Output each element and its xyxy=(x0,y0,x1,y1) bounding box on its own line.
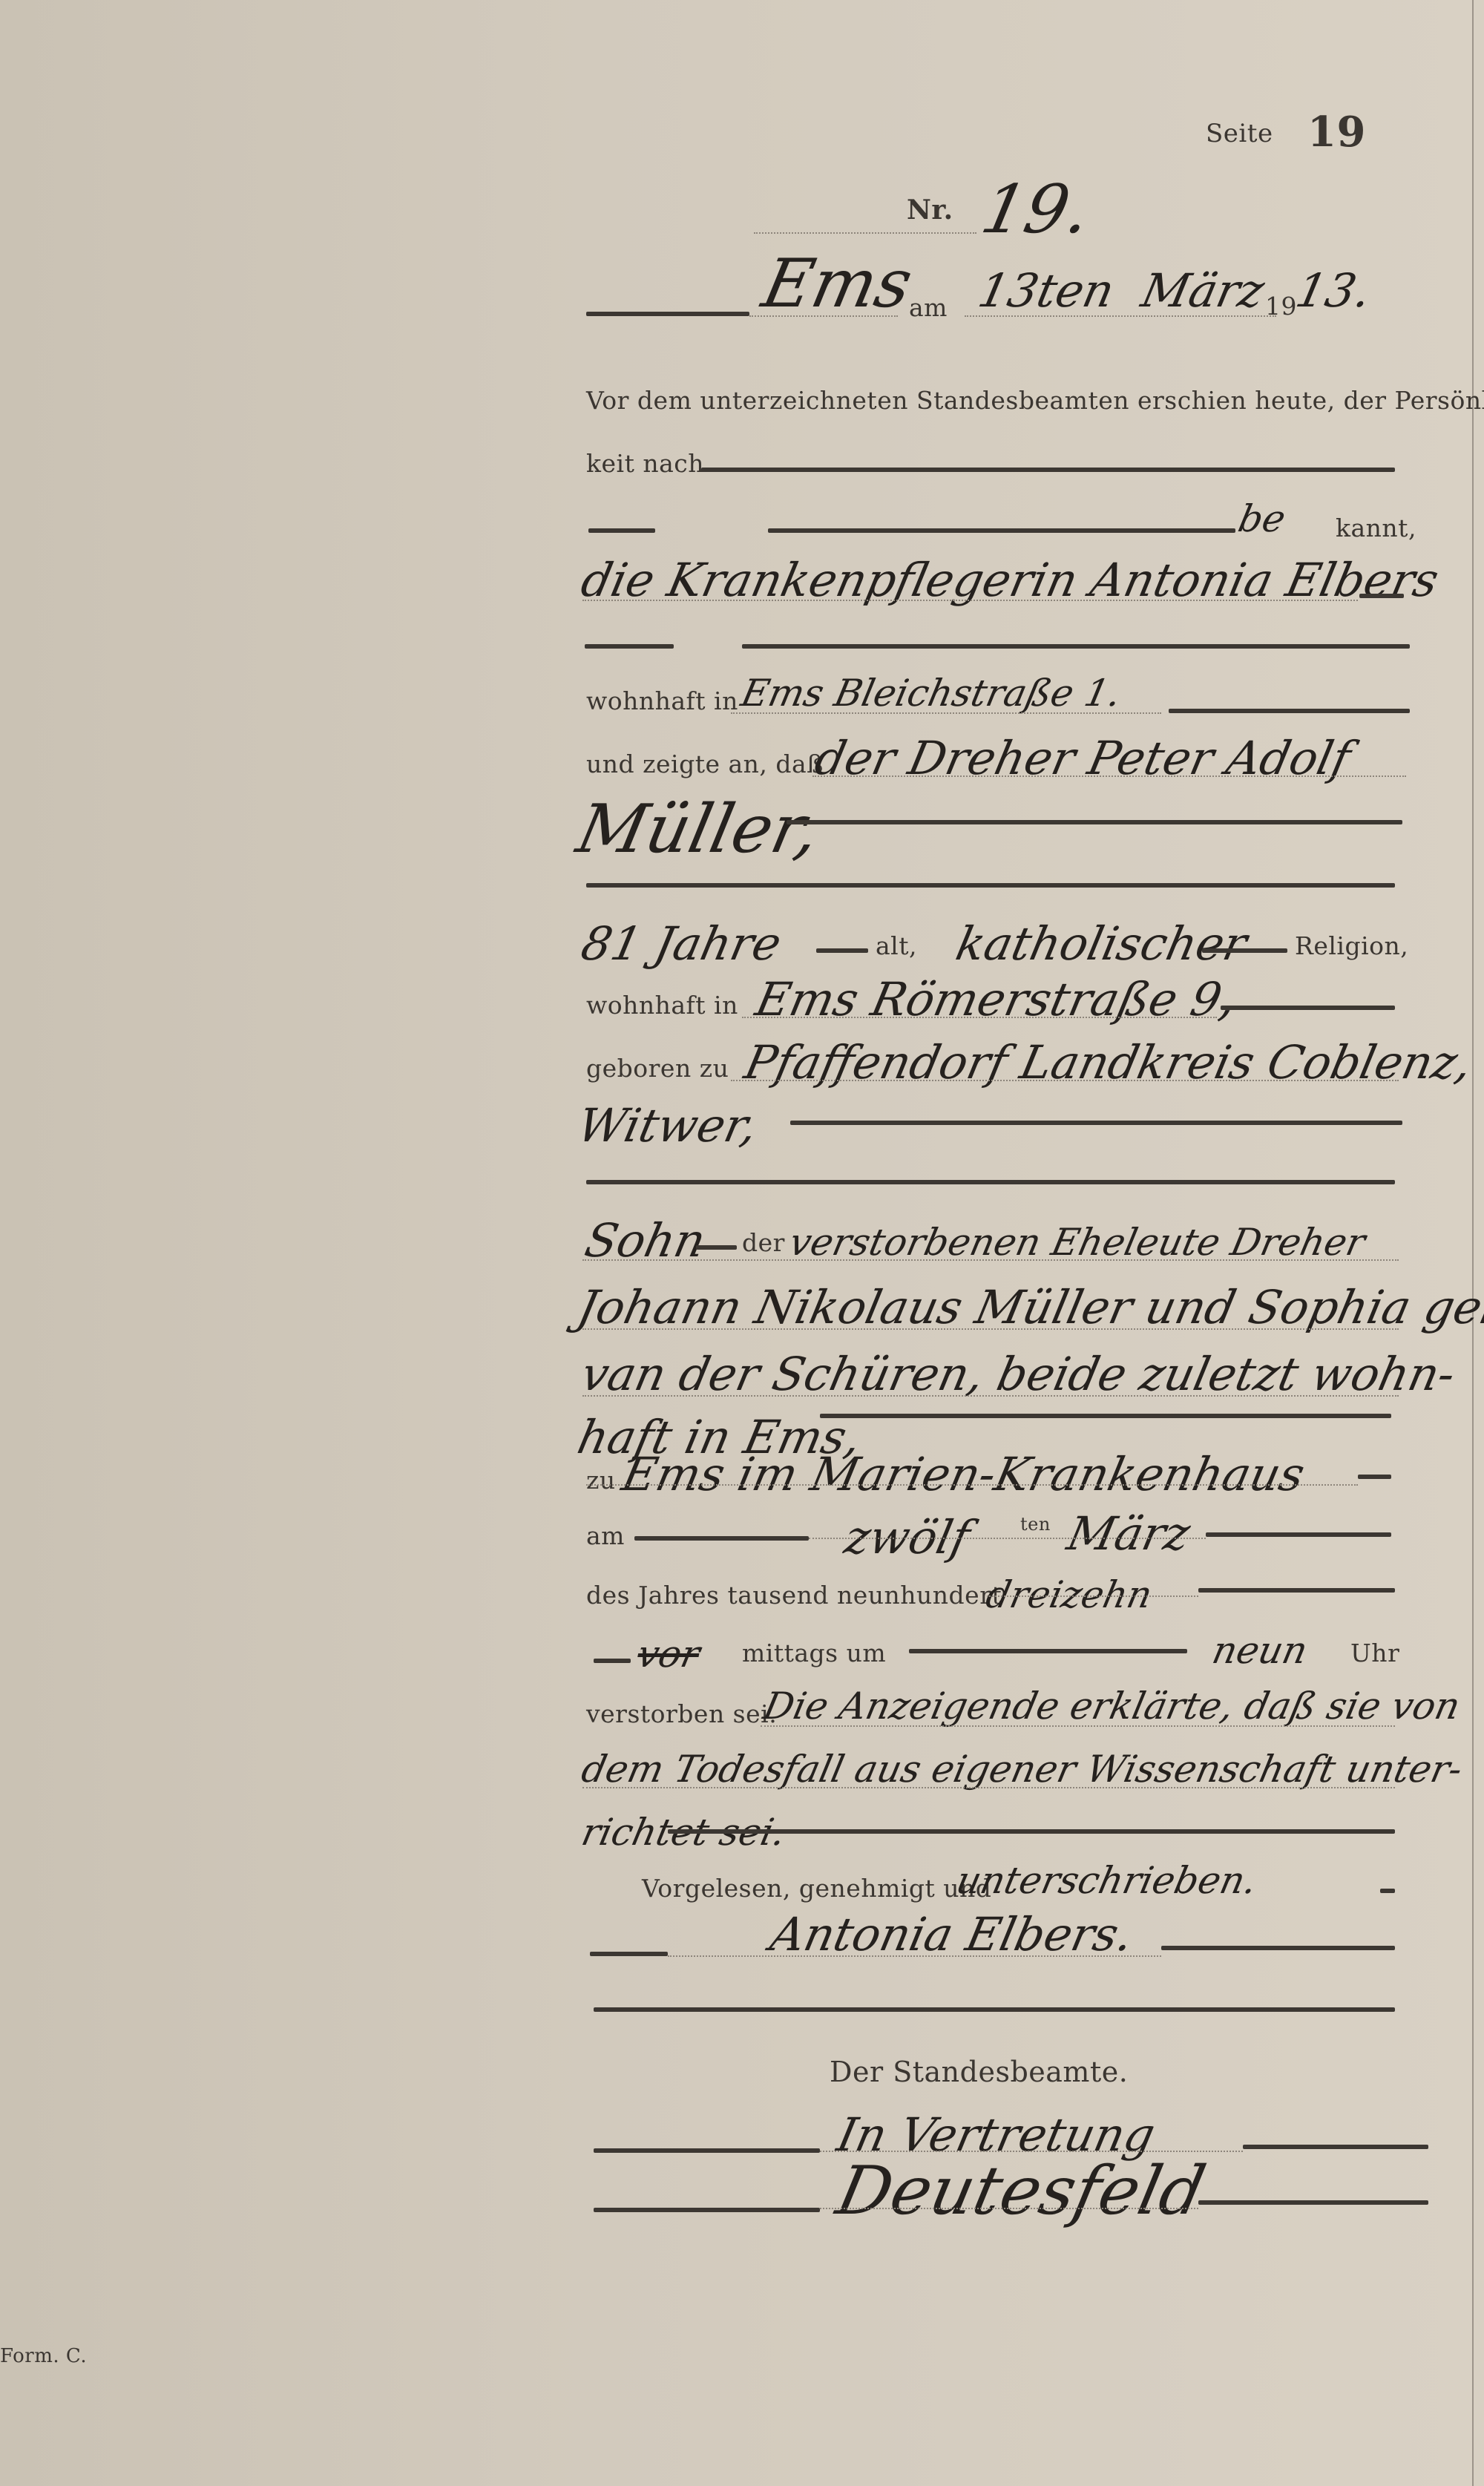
date-prefix: am xyxy=(909,293,948,322)
rule xyxy=(586,312,749,316)
statement-line2: dem Todesfall aus eigener Wissenschaft u… xyxy=(578,1748,1466,1791)
read-value: unterschrieben. xyxy=(953,1859,1261,1902)
announced-value: der Dreher Peter Adolf xyxy=(810,731,1355,785)
intro-line2: keit nach xyxy=(586,449,704,478)
religion-label: Religion, xyxy=(1295,931,1408,960)
hour-label: Uhr xyxy=(1350,1639,1399,1667)
died-label: verstorben sei. xyxy=(586,1699,777,1728)
deceased-surname: Müller, xyxy=(571,790,827,868)
religion-value: katholischer xyxy=(951,916,1252,971)
death-month: März xyxy=(1063,1506,1195,1561)
known-value: be xyxy=(1235,497,1290,540)
deceased-residence: Ems Römerstraße 9, xyxy=(751,972,1241,1026)
intro-line1: Vor dem unterzeichneten Standesbeamten e… xyxy=(586,386,1484,415)
deceased-residence-label: wohnhaft in xyxy=(586,991,738,1020)
entry-label: Nr. xyxy=(907,194,953,226)
parents-label: der xyxy=(742,1228,785,1257)
parents-line3: van der Schüren, beide zuletzt wohn- xyxy=(577,1347,1460,1401)
parents-line1: verstorbenen Eheleute Dreher xyxy=(786,1221,1369,1264)
known-suffix: kannt, xyxy=(1336,514,1416,542)
form-label: Form. C. xyxy=(0,2345,87,2367)
officer-signature: Deutesfeld xyxy=(830,2152,1212,2230)
entry-number: 19. xyxy=(975,171,1097,249)
death-place: Ems im Marien-Krankenhaus xyxy=(617,1447,1310,1501)
date-month: März xyxy=(1137,263,1269,318)
page-label: Seite xyxy=(1206,119,1273,148)
informant-residence: Ems Bleichstraße 1. xyxy=(738,672,1125,715)
officer-label: Der Standesbeamte. xyxy=(830,2056,1128,2088)
death-place-label: zu xyxy=(586,1466,616,1495)
death-hour: neun xyxy=(1209,1629,1312,1672)
place-value: Ems xyxy=(756,245,919,323)
born-label: geboren zu xyxy=(586,1054,729,1083)
death-day-suffix: ten xyxy=(1020,1514,1051,1535)
time-prefix: vor xyxy=(634,1633,704,1676)
death-year-label: des Jahres tausend neunhundert xyxy=(586,1581,1002,1610)
informant-signature: Antonia Elbers. xyxy=(766,1907,1138,1961)
death-day-label: am xyxy=(586,1521,625,1550)
page-edge xyxy=(1472,0,1484,2486)
read-label: Vorgelesen, genehmigt und xyxy=(642,1874,991,1903)
marital-status: Witwer, xyxy=(573,1098,762,1152)
death-year: dreizehn xyxy=(982,1573,1156,1616)
page-number: 19 xyxy=(1307,108,1366,157)
date-day: 13ten xyxy=(974,263,1119,318)
announced-label: und zeigte an, daß xyxy=(586,750,824,778)
born-value: Pfaffendorf Landkreis Coblenz, xyxy=(740,1035,1477,1089)
age-value: 81 Jahre xyxy=(577,916,786,971)
statement-line1: Die Anzeigende erklärte, daß sie von xyxy=(760,1685,1464,1728)
age-label: alt, xyxy=(876,931,917,960)
year-suffix: 13. xyxy=(1291,263,1376,318)
time-label: mittags um xyxy=(742,1639,886,1667)
informant-residence-label: wohnhaft in xyxy=(586,686,738,715)
parents-line2: Johann Nikolaus Müller und Sophia gebore… xyxy=(573,1280,1484,1334)
